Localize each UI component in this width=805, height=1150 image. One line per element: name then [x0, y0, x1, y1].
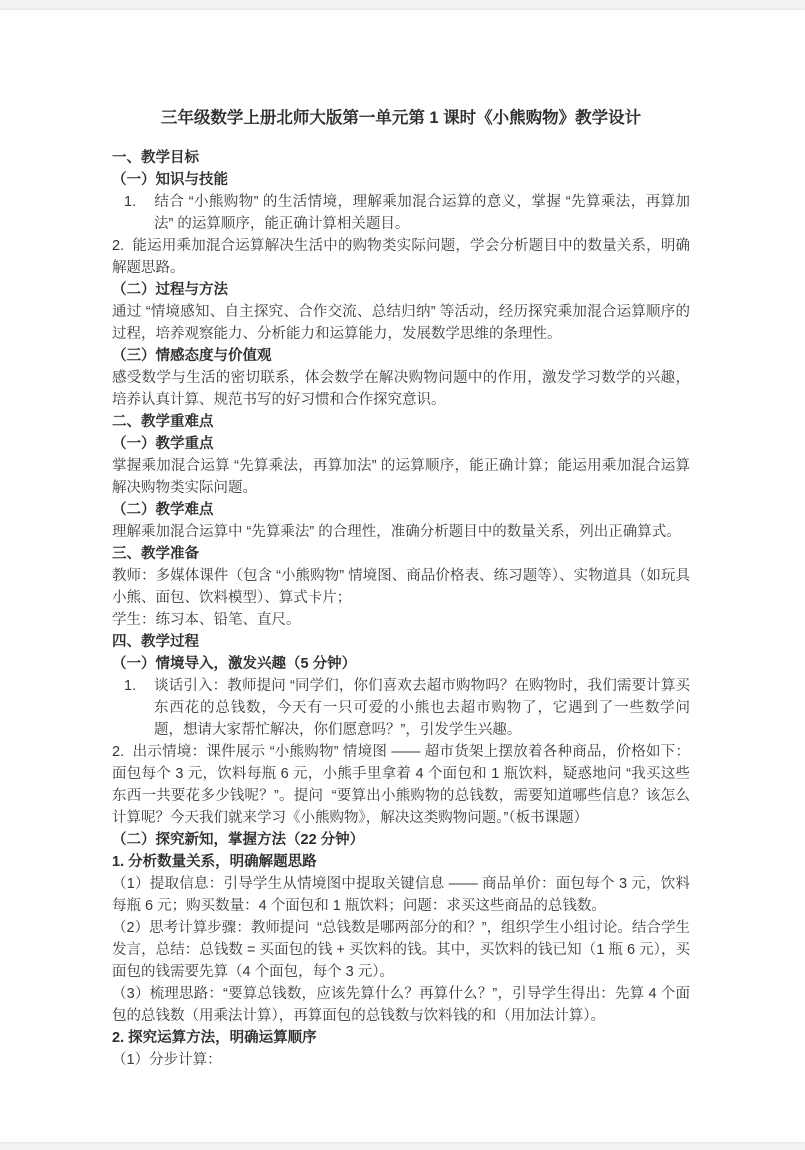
paragraph: 通过 “情境感知、自主探究、合作交流、总结归纳” 等活动，经历探究乘加混合运算顺…: [112, 301, 690, 345]
subsection-heading: （三）情感态度与价值观: [112, 345, 690, 367]
subsection-heading: （一）知识与技能: [112, 169, 690, 191]
paragraph: （3）梳理思路：“要算总钱数，应该先算什么？再算什么？”，引导学生得出：先算 4…: [112, 983, 690, 1027]
subsection-heading: （一）教学重点: [112, 433, 690, 455]
document-body: 一、教学目标（一）知识与技能1.结合 “小熊购物” 的生活情境，理解乘加混合运算…: [112, 147, 690, 1071]
section-heading: 三、教学准备: [112, 543, 690, 565]
document-title: 三年级数学上册北师大版第一单元第 1 课时《小熊购物》教学设计: [112, 104, 690, 132]
paragraph: 掌握乘加混合运算 “先算乘法，再算加法” 的运算顺序，能正确计算；能运用乘加混合…: [112, 455, 690, 499]
list-marker: 1.: [124, 675, 143, 697]
section-heading: 四、教学过程: [112, 631, 690, 653]
subsection-heading: （二）过程与方法: [112, 279, 690, 301]
numbered-heading: 2. 探究运算方法，明确运算顺序: [112, 1027, 690, 1049]
paragraph: 感受数学与生活的密切联系，体会数学在解决购物问题中的作用，激发学习数学的兴趣，培…: [112, 367, 690, 411]
numbered-heading: 1. 分析数量关系，明确解题思路: [112, 851, 690, 873]
paragraph: （1）提取信息：引导学生从情境图中提取关键信息 —— 商品单价：面包每个 3 元…: [112, 873, 690, 917]
paragraph: 2. 能运用乘加混合运算解决生活中的购物类实际问题，学会分析题目中的数量关系，明…: [112, 235, 690, 279]
paragraph: 教师：多媒体课件（包含 “小熊购物” 情境图、商品价格表、练习题等）、实物道具（…: [112, 565, 690, 609]
subsection-heading: （二）教学难点: [112, 499, 690, 521]
subsection-heading: （二）探究新知，掌握方法（22 分钟）: [112, 829, 690, 851]
section-heading: 一、教学目标: [112, 147, 690, 169]
document-viewer: 三年级数学上册北师大版第一单元第 1 课时《小熊购物》教学设计 一、教学目标（一…: [0, 0, 805, 1150]
list-item: 1.结合 “小熊购物” 的生活情境，理解乘加混合运算的意义，掌握 “先算乘法，再…: [112, 191, 690, 235]
paragraph: （2）思考计算步骤：教师提问 “总钱数是哪两部分的和？”，组织学生小组讨论。结合…: [112, 917, 690, 983]
subsection-heading: （一）情境导入，激发兴趣（5 分钟）: [112, 653, 690, 675]
paragraph: 理解乘加混合运算中 “先算乘法” 的合理性，准确分析题目中的数量关系，列出正确算…: [112, 521, 690, 543]
list-item-text: 结合 “小熊购物” 的生活情境，理解乘加混合运算的意义，掌握 “先算乘法，再算加…: [154, 194, 690, 232]
section-heading: 二、教学重难点: [112, 411, 690, 433]
paragraph: 2. 出示情境：课件展示 “小熊购物” 情境图 —— 超市货架上摆放着各种商品，…: [112, 741, 690, 829]
paragraph: （1）分步计算：: [112, 1049, 690, 1071]
list-marker: 1.: [124, 191, 143, 213]
paragraph: 学生：练习本、铅笔、直尺。: [112, 609, 690, 631]
list-item: 1.谈话引入：教师提问 “同学们，你们喜欢去超市购物吗？在购物时，我们需要计算买…: [112, 675, 690, 741]
document-page: 三年级数学上册北师大版第一单元第 1 课时《小熊购物》教学设计 一、教学目标（一…: [0, 10, 805, 1142]
list-item-text: 谈话引入：教师提问 “同学们，你们喜欢去超市购物吗？在购物时，我们需要计算买东西…: [154, 678, 690, 738]
